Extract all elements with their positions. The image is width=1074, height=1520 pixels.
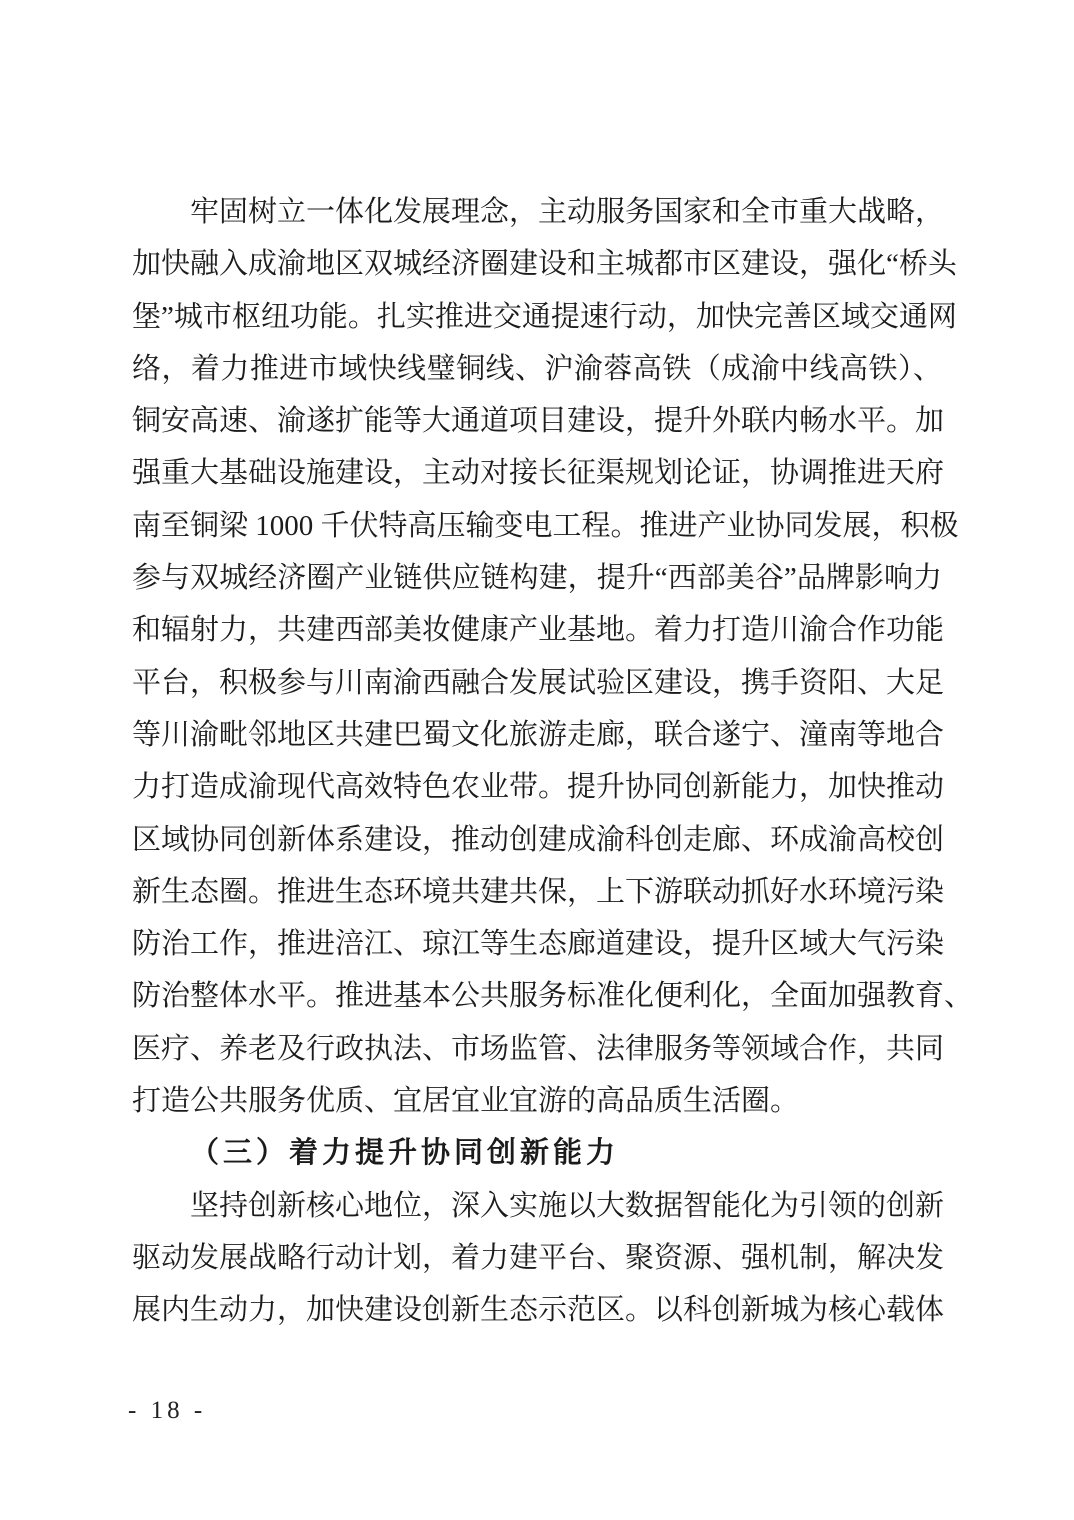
text-line: 展内生动力，加快建设创新生态示范区。以科创新城为核心载体 <box>132 1284 942 1336</box>
text-line: 参与双城经济圈产业链供应链构建，提升“西部美谷”品牌影响力 <box>132 552 942 604</box>
text-line: 防治整体水平。推进基本公共服务标准化便利化，全面加强教育、 <box>132 970 942 1022</box>
text-line: 平台，积极参与川南渝西融合发展试验区建设，携手资阳、大足 <box>132 657 942 709</box>
text-line: 牢固树立一体化发展理念，主动服务国家和全市重大战略， <box>132 186 942 238</box>
text-line: 打造公共服务优质、宜居宜业宜游的高品质生活圈。 <box>132 1075 942 1127</box>
paragraph-innovation: 坚持创新核心地位，深入实施以大数据智能化为引领的创新 驱动发展战略行动计划，着力… <box>132 1180 942 1337</box>
text-line: 医疗、养老及行政执法、市场监管、法律服务等领域合作，共同 <box>132 1023 942 1075</box>
text-line: 力打造成渝现代高效特色农业带。提升协同创新能力，加快推动 <box>132 761 942 813</box>
text-line: 防治工作，推进涪江、琼江等生态廊道建设，提升区域大气污染 <box>132 918 942 970</box>
text-line: 络，着力推进市域快线璧铜线、沪渝蓉高铁（成渝中线高铁）、 <box>132 343 942 395</box>
page-number: - 18 - <box>128 1396 206 1426</box>
text-line: 和辐射力，共建西部美妆健康产业基地。着力打造川渝合作功能 <box>132 604 942 656</box>
text-line: 驱动发展战略行动计划，着力建平台、聚资源、强机制，解决发 <box>132 1232 942 1284</box>
text-line: 铜安高速、渝遂扩能等大通道项目建设，提升外联内畅水平。加 <box>132 395 942 447</box>
text-line: 新生态圈。推进生态环境共建共保，上下游联动抓好水环境污染 <box>132 866 942 918</box>
section-heading: （三）着力提升协同创新能力 <box>132 1127 942 1179</box>
text-line: 强重大基础设施建设，主动对接长征渠规划论证，协调推进天府 <box>132 447 942 499</box>
text-line: 区域协同创新体系建设，推动创建成渝科创走廊、环成渝高校创 <box>132 814 942 866</box>
document-page: 牢固树立一体化发展理念，主动服务国家和全市重大战略， 加快融入成渝地区双城经济圈… <box>0 0 1074 1520</box>
text-line: 堡”城市枢纽功能。扎实推进交通提速行动，加快完善区域交通网 <box>132 291 942 343</box>
document-body: 牢固树立一体化发展理念，主动服务国家和全市重大战略， 加快融入成渝地区双城经济圈… <box>132 186 942 1337</box>
paragraph-regional-development: 牢固树立一体化发展理念，主动服务国家和全市重大战略， 加快融入成渝地区双城经济圈… <box>132 186 942 1127</box>
text-line: 坚持创新核心地位，深入实施以大数据智能化为引领的创新 <box>132 1180 942 1232</box>
text-line: 南至铜梁 1000 千伏特高压输变电工程。推进产业协同发展，积极 <box>132 500 942 552</box>
text-line: 等川渝毗邻地区共建巴蜀文化旅游走廊，联合遂宁、潼南等地合 <box>132 709 942 761</box>
text-line: 加快融入成渝地区双城经济圈建设和主城都市区建设，强化“桥头 <box>132 238 942 290</box>
